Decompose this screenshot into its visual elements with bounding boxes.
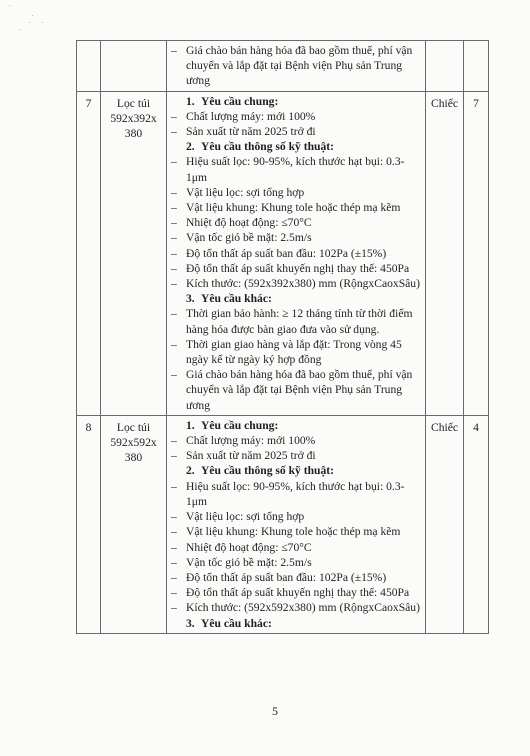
section-heading: 3.Yêu cầu khác: — [167, 616, 421, 631]
name-cell — [101, 41, 167, 92]
scan-speck — [29, 22, 30, 23]
table-row: 7Lọc túi 592x392x 3801.Yêu cầu chung:–Ch… — [77, 91, 489, 415]
document-page: –Giá chào bán hàng hóa đã bao gồm thuế, … — [0, 0, 530, 756]
requirement-item: –Vận tốc gió bề mặt: 2.5m/s — [167, 555, 421, 570]
requirement-item: –Vật liệu khung: Khung tole hoặc thép mạ… — [167, 200, 421, 215]
dash-bullet-icon: – — [171, 585, 177, 600]
dash-bullet-icon: – — [171, 215, 177, 230]
item-name-cell: Lọc túi 592x392x 380 — [101, 91, 167, 415]
scan-speck — [9, 5, 10, 6]
quantity-cell: 4 — [464, 415, 489, 633]
section-title: Yêu cầu thông số kỹ thuật: — [201, 464, 334, 477]
requirement-text: Nhiệt độ hoạt động: ≤70°C — [186, 541, 312, 554]
requirement-text: Kích thước: (592x592x380) mm (RộngxCaoxS… — [186, 601, 420, 614]
scan-speck — [42, 22, 43, 23]
unit-cell: Chiếc — [426, 91, 464, 415]
description-cell: –Giá chào bán hàng hóa đã bao gồm thuế, … — [167, 41, 426, 92]
requirement-text: Vật liệu lọc: sợi tổng hợp — [186, 510, 304, 523]
requirement-item: –Vật liệu lọc: sợi tổng hợp — [167, 185, 421, 200]
dash-bullet-icon: – — [171, 246, 177, 261]
dash-bullet-icon: – — [171, 276, 177, 291]
requirement-text: Hiệu suất lọc: 90-95%, kích thước hạt bụ… — [186, 480, 404, 508]
requirement-item: –Giá chào bán hàng hóa đã bao gồm thuế, … — [167, 43, 421, 89]
requirement-item: –Chất lượng máy: mới 100% — [167, 109, 421, 124]
quantity-cell: 7 — [464, 91, 489, 415]
dash-bullet-icon: – — [171, 261, 177, 276]
requirement-text: Vật liệu khung: Khung tole hoặc thép mạ … — [186, 201, 400, 214]
dash-bullet-icon: – — [171, 337, 177, 352]
requirement-text: Giá chào bán hàng hóa đã bao gồm thuế, p… — [186, 44, 412, 87]
unit-cell: Chiếc — [426, 415, 464, 633]
requirement-text: Độ tổn thất áp suất ban đầu: 102Pa (±15%… — [186, 571, 386, 584]
section-title: Yêu cầu thông số kỹ thuật: — [201, 140, 334, 153]
requirement-text: Thời gian bảo hành: ≥ 12 tháng tính từ t… — [186, 307, 412, 335]
requirement-item: –Thời gian giao hàng và lắp đặt: Trong v… — [167, 337, 421, 367]
requirement-item: –Độ tổn thất áp suất ban đầu: 102Pa (±15… — [167, 246, 421, 261]
requirement-item: –Sản xuất từ năm 2025 trở đi — [167, 448, 421, 463]
dash-bullet-icon: – — [171, 600, 177, 615]
requirement-text: Thời gian giao hàng và lắp đặt: Trong vò… — [186, 338, 402, 366]
requirement-text: Độ tổn thất áp suất ban đầu: 102Pa (±15%… — [186, 247, 386, 260]
requirement-item: –Độ tổn thất áp suất khuyến nghị thay th… — [167, 261, 421, 276]
stt-cell — [77, 41, 101, 92]
item-name-cell: Lọc túi 592x592x 380 — [101, 415, 167, 633]
section-number: 1. — [186, 418, 201, 433]
requirement-text: Vật liệu lọc: sợi tổng hợp — [186, 186, 304, 199]
requirement-item: –Giá chào bán hàng hóa đã bao gồm thuế, … — [167, 367, 421, 413]
specification-table: –Giá chào bán hàng hóa đã bao gồm thuế, … — [76, 40, 489, 634]
dash-bullet-icon: – — [171, 124, 177, 139]
table-row-carryover: –Giá chào bán hàng hóa đã bao gồm thuế, … — [77, 41, 489, 92]
requirement-item: –Độ tổn thất áp suất ban đầu: 102Pa (±15… — [167, 570, 421, 585]
section-heading: 2.Yêu cầu thông số kỹ thuật: — [167, 139, 421, 154]
page-number: 5 — [272, 704, 278, 719]
requirement-item: –Độ tổn thất áp suất khuyến nghị thay th… — [167, 585, 421, 600]
requirement-text: Hiệu suất lọc: 90-95%, kích thước hạt bụ… — [186, 155, 404, 183]
dash-bullet-icon: – — [171, 306, 177, 321]
dash-bullet-icon: – — [171, 367, 177, 382]
requirement-item: –Vận tốc gió bề mặt: 2.5m/s — [167, 230, 421, 245]
section-heading: 1.Yêu cầu chung: — [167, 94, 421, 109]
description-cell: 1.Yêu cầu chung:–Chất lượng máy: mới 100… — [167, 415, 426, 633]
dash-bullet-icon: – — [171, 555, 177, 570]
dash-bullet-icon: – — [171, 524, 177, 539]
dash-bullet-icon: – — [171, 43, 177, 58]
dash-bullet-icon: – — [171, 509, 177, 524]
requirement-text: Vận tốc gió bề mặt: 2.5m/s — [186, 231, 312, 244]
dash-bullet-icon: – — [171, 479, 177, 494]
stt-cell: 8 — [77, 415, 101, 633]
dash-bullet-icon: – — [171, 448, 177, 463]
section-title: Yêu cầu chung: — [201, 419, 278, 432]
requirement-text: Chất lượng máy: mới 100% — [186, 434, 315, 447]
section-title: Yêu cầu khác: — [201, 292, 272, 305]
requirement-text: Vật liệu khung: Khung tole hoặc thép mạ … — [186, 525, 400, 538]
requirement-item: –Kích thước: (592x592x380) mm (RộngxCaox… — [167, 600, 421, 615]
requirement-text: Vận tốc gió bề mặt: 2.5m/s — [186, 556, 312, 569]
scan-speck — [20, 29, 21, 30]
requirement-text: Nhiệt độ hoạt động: ≤70°C — [186, 216, 312, 229]
requirement-text: Chất lượng máy: mới 100% — [186, 110, 315, 123]
dash-bullet-icon: – — [171, 540, 177, 555]
section-heading: 2.Yêu cầu thông số kỹ thuật: — [167, 463, 421, 478]
section-title: Yêu cầu chung: — [201, 95, 278, 108]
requirement-item: –Hiệu suất lọc: 90-95%, kích thước hạt b… — [167, 479, 421, 509]
stt-cell: 7 — [77, 91, 101, 415]
dash-bullet-icon: – — [171, 570, 177, 585]
unit-cell — [426, 41, 464, 92]
section-number: 2. — [186, 139, 201, 154]
dash-bullet-icon: – — [171, 200, 177, 215]
dash-bullet-icon: – — [171, 185, 177, 200]
requirement-item: –Sản xuất từ năm 2025 trở đi — [167, 124, 421, 139]
dash-bullet-icon: – — [171, 109, 177, 124]
requirement-text: Kích thước: (592x392x380) mm (RộngxCaoxS… — [186, 277, 420, 290]
requirement-text: Sản xuất từ năm 2025 trở đi — [186, 125, 316, 138]
requirement-item: –Hiệu suất lọc: 90-95%, kích thước hạt b… — [167, 154, 421, 184]
qty-cell — [464, 41, 489, 92]
section-number: 3. — [186, 616, 201, 631]
requirement-item: –Kích thước: (592x392x380) mm (RộngxCaox… — [167, 276, 421, 291]
requirement-text: Độ tổn thất áp suất khuyến nghị thay thế… — [186, 262, 409, 275]
requirement-text: Giá chào bán hàng hóa đã bao gồm thuế, p… — [186, 368, 412, 411]
scan-speck — [32, 15, 33, 16]
requirement-item: –Vật liệu khung: Khung tole hoặc thép mạ… — [167, 524, 421, 539]
requirement-item: –Thời gian bảo hành: ≥ 12 tháng tính từ … — [167, 306, 421, 336]
dash-bullet-icon: – — [171, 154, 177, 169]
requirement-item: –Chất lượng máy: mới 100% — [167, 433, 421, 448]
requirement-item: –Nhiệt độ hoạt động: ≤70°C — [167, 540, 421, 555]
dash-bullet-icon: – — [171, 230, 177, 245]
requirement-text: Sản xuất từ năm 2025 trở đi — [186, 449, 316, 462]
description-cell: 1.Yêu cầu chung:–Chất lượng máy: mới 100… — [167, 91, 426, 415]
requirement-item: –Nhiệt độ hoạt động: ≤70°C — [167, 215, 421, 230]
table-row: 8Lọc túi 592x592x 3801.Yêu cầu chung:–Ch… — [77, 415, 489, 633]
section-heading: 3.Yêu cầu khác: — [167, 291, 421, 306]
requirement-item: –Vật liệu lọc: sợi tổng hợp — [167, 509, 421, 524]
requirement-text: Độ tổn thất áp suất khuyến nghị thay thế… — [186, 586, 409, 599]
section-heading: 1.Yêu cầu chung: — [167, 418, 421, 433]
section-number: 2. — [186, 463, 201, 478]
section-title: Yêu cầu khác: — [201, 617, 272, 630]
dash-bullet-icon: – — [171, 433, 177, 448]
section-number: 1. — [186, 94, 201, 109]
section-number: 3. — [186, 291, 201, 306]
